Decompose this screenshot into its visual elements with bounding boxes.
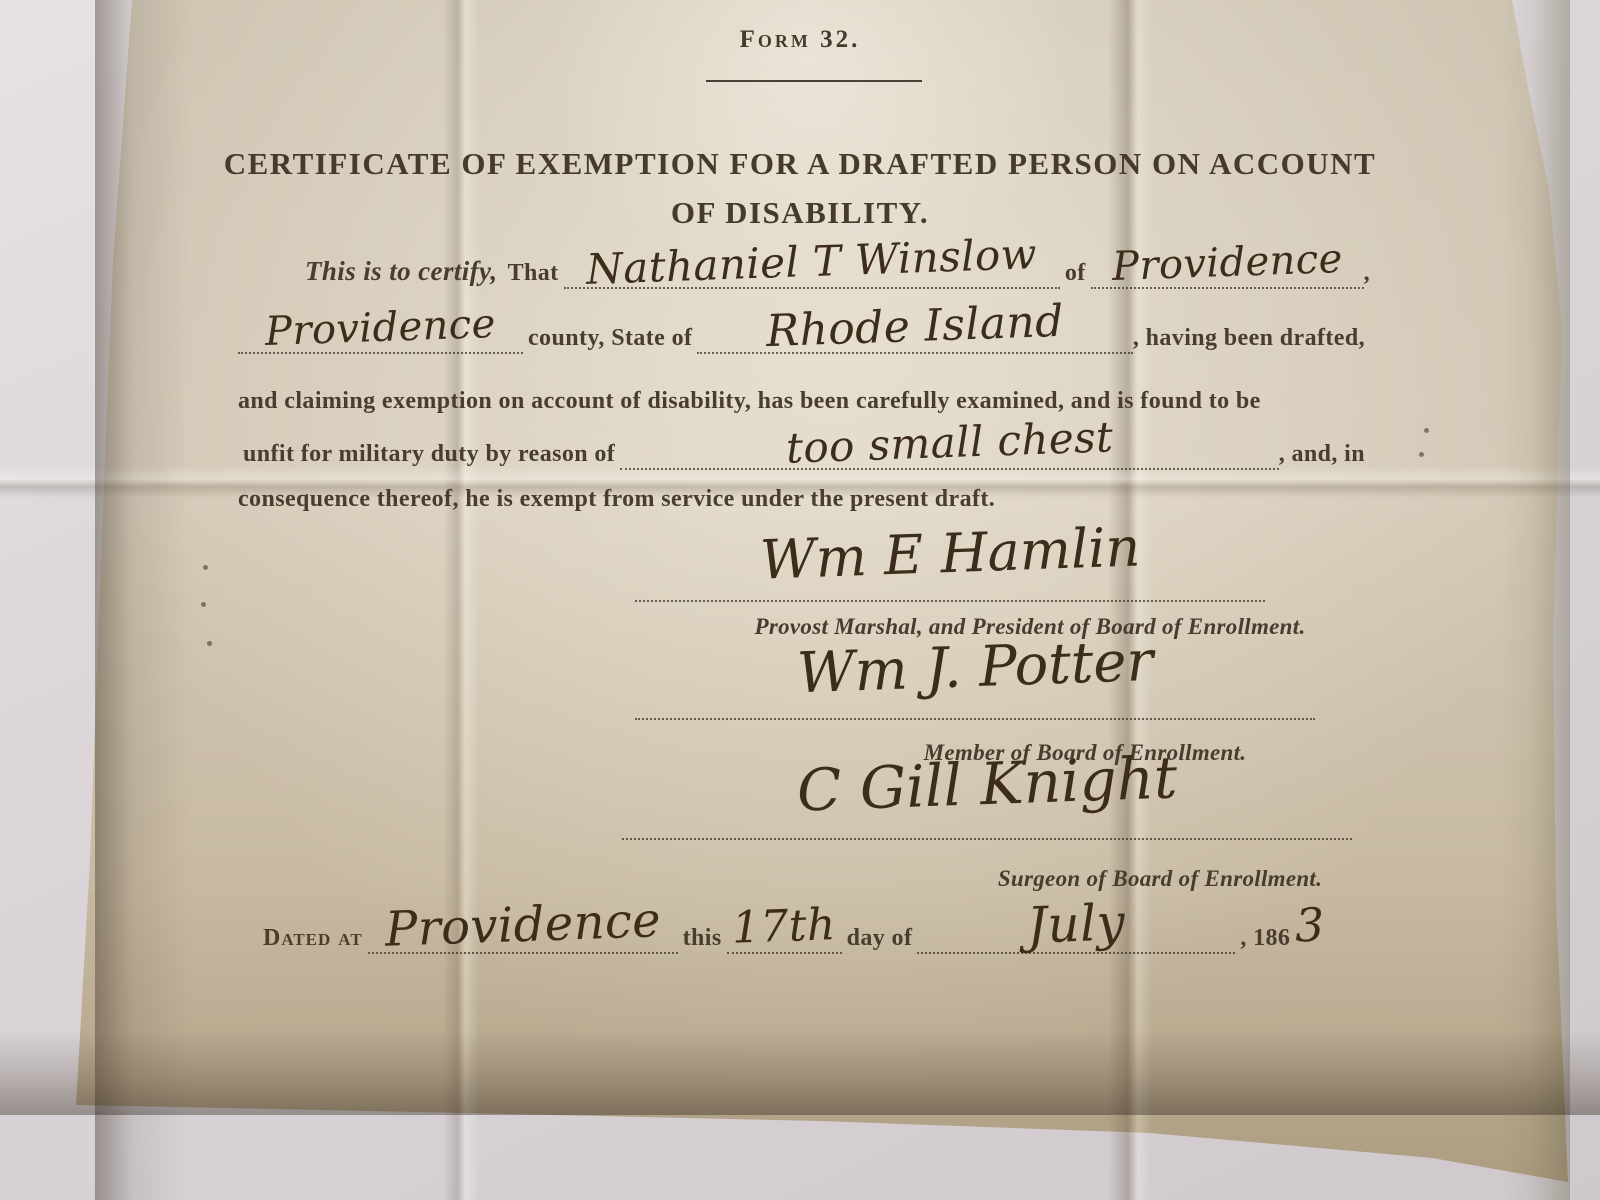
dated-place-blank: Providence bbox=[368, 917, 678, 954]
body-line-5: consequence thereof, he is exempt from s… bbox=[238, 486, 1365, 513]
certificate-title-line2: OF DISABILITY. bbox=[200, 195, 1400, 231]
body-line-2: Providence county, State of Rhode Island… bbox=[238, 320, 1365, 354]
certificate-title-line1: CERTIFICATE OF EXEMPTION FOR A DRAFTED P… bbox=[200, 146, 1400, 182]
body-line-4: unfit for military duty by reason of too… bbox=[238, 436, 1365, 470]
dated-month-blank: July bbox=[917, 916, 1235, 954]
pin-hole bbox=[203, 565, 208, 570]
pin-hole bbox=[207, 641, 212, 646]
pin-hole bbox=[1419, 452, 1424, 457]
body-line-5-text: consequence thereof, he is exempt from s… bbox=[238, 486, 995, 513]
signature-surgeon: C Gill Knight bbox=[796, 763, 1177, 805]
handwritten-reason: too small chest bbox=[786, 426, 1114, 458]
dated-day-blank: 17th bbox=[727, 920, 842, 954]
signature-line-provost: Wm E Hamlin bbox=[635, 548, 1265, 602]
body-line-3: and claiming exemption on account of dis… bbox=[238, 388, 1365, 415]
certify-lead: This is to certify, bbox=[305, 256, 498, 287]
county-blank: Providence bbox=[238, 322, 523, 354]
signature-member: Wm J. Potter bbox=[797, 648, 1154, 688]
handwritten-state: Rhode Island bbox=[766, 311, 1064, 343]
day-of-label: day of bbox=[847, 925, 913, 952]
body-line-3-text: and claiming exemption on account of dis… bbox=[238, 388, 1261, 415]
year-prefix: , 186 bbox=[1240, 925, 1290, 952]
dated-line: Dated at Providence this 17th day of Jul… bbox=[258, 916, 1325, 954]
signature-line-surgeon: C Gill Knight bbox=[622, 780, 1352, 840]
handwritten-county: Providence bbox=[265, 314, 496, 342]
drafted-tail: , having been drafted, bbox=[1133, 325, 1365, 352]
dated-at-label: Dated at bbox=[263, 925, 363, 952]
reason-blank: too small chest bbox=[620, 436, 1279, 470]
photo-of-document: Form 32. CERTIFICATE OF EXEMPTION FOR A … bbox=[0, 0, 1600, 1200]
handwritten-year-digit: 3 bbox=[1295, 913, 1325, 937]
that-word: That bbox=[508, 260, 559, 287]
reason-tail: , and, in bbox=[1279, 441, 1365, 468]
handwritten-day: 17th bbox=[732, 914, 836, 940]
county-state-label: county, State of bbox=[528, 325, 692, 352]
this-label: this bbox=[683, 925, 722, 952]
handwritten-place: Providence bbox=[384, 908, 661, 942]
heading-rule bbox=[706, 80, 922, 82]
signature-line-member: Wm J. Potter bbox=[635, 662, 1315, 720]
state-blank: Rhode Island bbox=[697, 320, 1132, 354]
name-blank: Nathaniel T Winslow bbox=[564, 255, 1060, 289]
residence-blank: Providence bbox=[1091, 257, 1364, 289]
pin-hole bbox=[1424, 428, 1429, 433]
body-line-1: This is to certify, That Nathaniel T Win… bbox=[300, 255, 1370, 289]
signature-provost-marshal: Wm E Hamlin bbox=[760, 533, 1141, 573]
signature-title-surgeon: Surgeon of Board of Enrollment. bbox=[975, 866, 1345, 892]
handwritten-residence: Providence bbox=[1112, 249, 1343, 277]
pin-hole bbox=[201, 602, 206, 607]
reason-lead: unfit for military duty by reason of bbox=[243, 441, 615, 468]
comma: , bbox=[1364, 260, 1370, 287]
handwritten-name: Nathaniel T Winslow bbox=[586, 243, 1037, 280]
of-word: of bbox=[1065, 260, 1086, 287]
form-number-label: Form 32. bbox=[0, 26, 1600, 54]
handwritten-month: July bbox=[1027, 910, 1126, 938]
